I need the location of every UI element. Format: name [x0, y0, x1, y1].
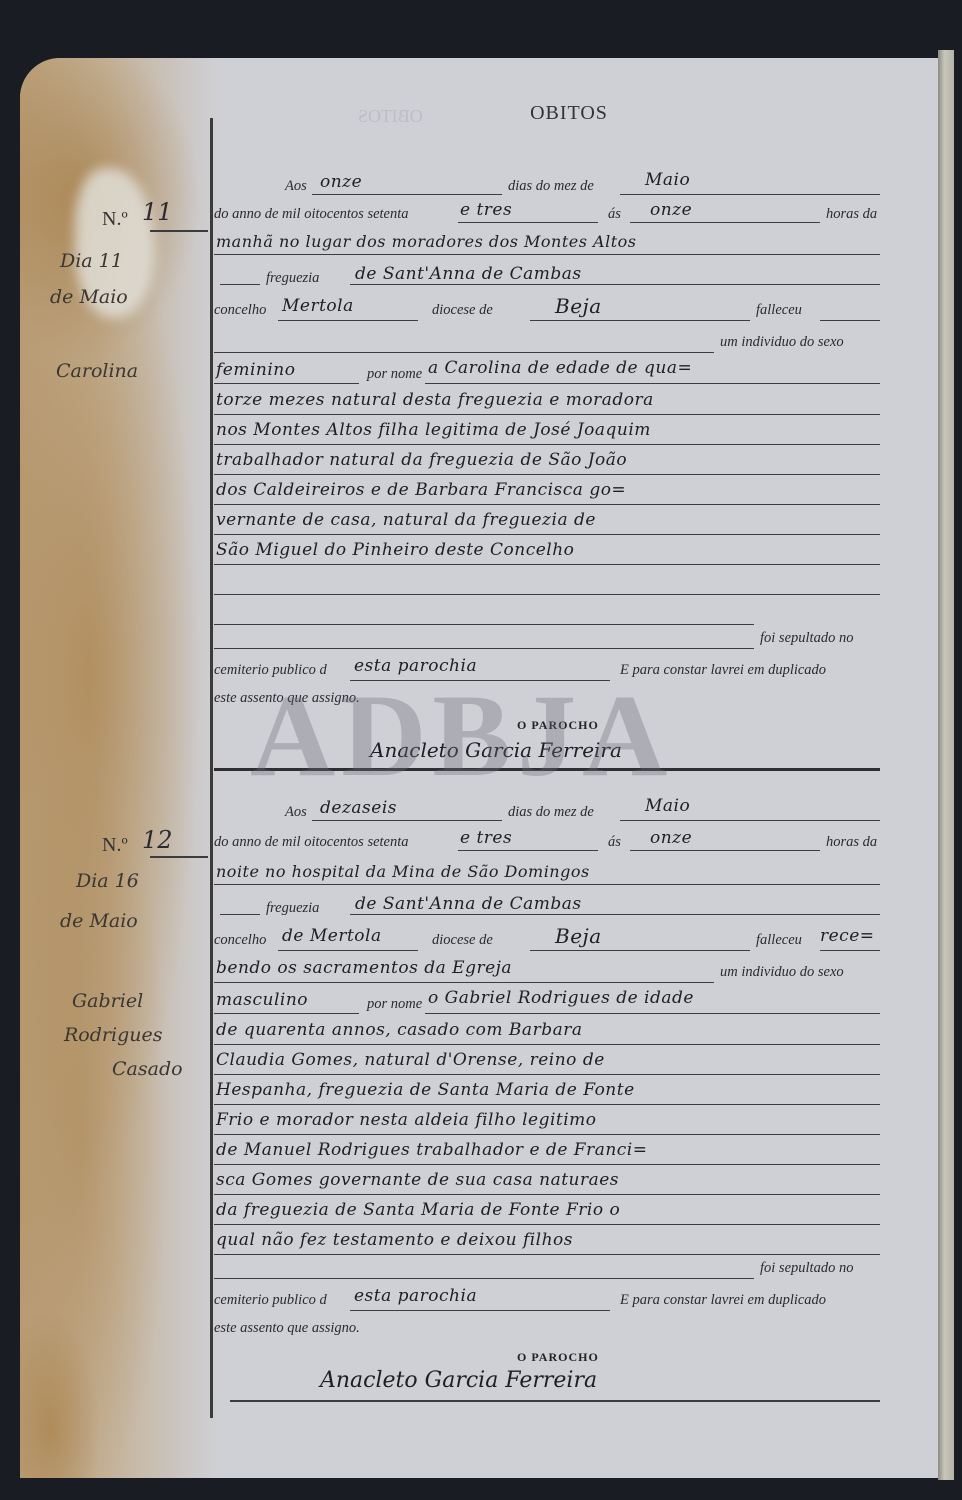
field-periodo: manhã no lugar dos moradores dos Montes … — [216, 232, 637, 251]
label-individuo: um individuo do sexo — [720, 334, 844, 351]
entry-number: 11 — [142, 198, 173, 226]
label-por-nome: por nome — [367, 996, 422, 1013]
field-underline — [820, 320, 880, 321]
field-underline — [350, 914, 880, 915]
field-periodo: noite no hospital da Mina de São Domingo… — [216, 862, 590, 881]
field-underline — [425, 1013, 880, 1014]
field-nome-line-6: de Manuel Rodrigues trabalhador e de Fra… — [216, 1140, 648, 1160]
label-freguezia: freguezia — [266, 900, 319, 917]
field-horas: onze — [650, 828, 692, 848]
label-falleceu: falleceu — [756, 302, 802, 319]
field-underline — [220, 284, 260, 285]
label-aos: Aos — [285, 804, 307, 821]
label-e-para-constar: E para constar lavrei em duplicado — [620, 1292, 826, 1309]
entry-number-label: N.º — [102, 208, 128, 231]
field-nome-line-3: nos Montes Altos filha legitima de José … — [216, 420, 651, 440]
field-nome-line-5: Frio e morador nesta aldeia filho legiti… — [216, 1110, 597, 1130]
field-underline — [425, 383, 880, 384]
label-individuo: um individuo do sexo — [720, 964, 844, 981]
margin-note-day: Dia 16 — [76, 870, 139, 892]
field-underline — [214, 564, 880, 565]
field-cemiterio: esta parochia — [354, 1286, 477, 1306]
field-nome-line-4: trabalhador natural da freguezia de São … — [216, 450, 627, 470]
field-concelho: Mertola — [282, 296, 354, 316]
field-underline — [214, 504, 880, 505]
parocho-signature: Anacleto Garcia Ferreira — [320, 1368, 597, 1393]
margin-note-name: Carolina — [56, 360, 138, 382]
entry-number: 12 — [142, 826, 173, 854]
field-underline — [214, 1074, 880, 1075]
field-nome-line-3: Claudia Gomes, natural d'Orense, reino d… — [216, 1050, 605, 1070]
field-underline — [214, 648, 754, 649]
field-underline — [278, 950, 418, 951]
field-nome-line-1: o Gabriel Rodrigues de idade — [428, 988, 694, 1008]
field-nome-line-6: vernante de casa, natural da freguezia d… — [216, 510, 596, 530]
field-freguezia: de Sant'Anna de Cambas — [355, 264, 582, 284]
field-nome-line-2: de quarenta annos, casado com Barbara — [216, 1020, 582, 1040]
field-underline — [530, 950, 750, 951]
field-underline — [620, 820, 880, 821]
field-nome-line-1: a Carolina de edade de qua= — [428, 358, 692, 378]
field-underline — [530, 320, 750, 321]
field-nome-line-8: da freguezia de Santa Maria de Fonte Fri… — [216, 1200, 620, 1220]
field-anno: e tres — [460, 200, 512, 220]
field-mez: Maio — [645, 170, 690, 190]
margin-note-surname: Rodrigues — [64, 1024, 162, 1046]
label-anno: do anno de mil oitocentos setenta — [214, 834, 409, 851]
field-underline — [620, 194, 880, 195]
signature-rule — [230, 1400, 880, 1402]
field-underline — [214, 1013, 359, 1014]
field-diocese: Beja — [555, 924, 602, 948]
margin-note-day: Dia 11 — [60, 250, 123, 272]
label-aos: Aos — [285, 178, 307, 195]
field-dia: onze — [320, 172, 362, 192]
field-freguezia: de Sant'Anna de Cambas — [355, 894, 582, 914]
field-sexo: feminino — [216, 360, 295, 380]
field-underline — [214, 383, 359, 384]
field-underline — [214, 1044, 880, 1045]
label-diocese: diocese de — [432, 932, 493, 949]
field-nome-line-5: dos Caldeireiros e de Barbara Francisca … — [216, 480, 626, 500]
field-underline — [820, 950, 880, 951]
watermark: ADBJA — [250, 668, 673, 804]
field-underline — [214, 414, 880, 415]
label-dias-do-mez: dias do mez de — [508, 804, 594, 821]
field-underline — [630, 222, 820, 223]
field-underline — [214, 444, 880, 445]
field-underline — [278, 320, 418, 321]
field-nome-line-4: Hespanha, freguezia de Santa Maria de Fo… — [216, 1080, 635, 1100]
field-underline — [214, 1164, 880, 1165]
field-anno: e tres — [460, 828, 512, 848]
label-este-assento: este assento que assigno. — [214, 1320, 360, 1337]
field-nome-line-7: São Miguel do Pinheiro deste Concelho — [216, 540, 574, 560]
field-concelho: de Mertola — [282, 926, 382, 946]
field-underline — [214, 1224, 880, 1225]
label-concelho: concelho — [214, 302, 266, 319]
label-freguezia: freguezia — [266, 270, 319, 287]
label-foi-sepultado: foi sepultado no — [760, 1260, 853, 1277]
field-underline — [214, 1254, 880, 1255]
label-horas-da: horas da — [826, 206, 877, 223]
label-diocese: diocese de — [432, 302, 493, 319]
label-cemiterio: cemiterio publico d — [214, 1292, 327, 1309]
field-underline — [214, 254, 880, 255]
field-underline — [312, 820, 502, 821]
parocho-label: O PAROCHO — [517, 1350, 599, 1365]
field-dia: dezaseis — [320, 798, 397, 818]
label-por-nome: por nome — [367, 366, 422, 383]
label-dias-do-mez: dias do mez de — [508, 178, 594, 195]
field-underline — [220, 914, 260, 915]
field-nome-line-2: torze mezes natural desta freguezia e mo… — [216, 390, 654, 410]
field-underline — [630, 850, 820, 851]
field-underline — [458, 222, 598, 223]
field-nome-line-9: qual não fez testamento e deixou filhos — [216, 1230, 573, 1250]
field-underline — [214, 1278, 754, 1279]
field-underline — [214, 1134, 880, 1135]
entry-number-label: N.º — [102, 834, 128, 857]
label-concelho: concelho — [214, 932, 266, 949]
label-as: ás — [608, 834, 621, 851]
label-anno: do anno de mil oitocentos setenta — [214, 206, 409, 223]
field-underline — [458, 850, 598, 851]
margin-note-status: Casado — [112, 1058, 183, 1080]
field-underline — [350, 1310, 610, 1311]
page-title: OBITOS — [20, 102, 938, 125]
field-underline — [214, 594, 880, 595]
field-underline — [214, 474, 880, 475]
field-falleceu-cont: rece= — [820, 926, 875, 946]
margin-note-month: de Maio — [50, 286, 128, 308]
field-underline — [214, 884, 880, 885]
field-underline — [312, 194, 502, 195]
number-underline — [150, 230, 208, 232]
field-underline — [214, 534, 880, 535]
label-foi-sepultado: foi sepultado no — [760, 630, 853, 647]
field-underline — [350, 284, 880, 285]
field-nome-line-7: sca Gomes governante de sua casa naturae… — [216, 1170, 619, 1190]
label-as: ás — [608, 206, 621, 223]
field-underline — [214, 624, 754, 625]
field-mez: Maio — [645, 796, 690, 816]
field-sexo: masculino — [216, 990, 308, 1010]
field-underline — [214, 352, 714, 353]
margin-note-first-name: Gabriel — [72, 990, 143, 1012]
field-underline — [214, 982, 714, 983]
field-diocese: Beja — [555, 294, 602, 318]
label-horas-da: horas da — [826, 834, 877, 851]
page-edge — [938, 50, 954, 1480]
margin-note-month: de Maio — [60, 910, 138, 932]
field-horas: onze — [650, 200, 692, 220]
field-underline — [214, 1104, 880, 1105]
margin-rule — [210, 118, 213, 1418]
label-falleceu: falleceu — [756, 932, 802, 949]
field-underline — [214, 1194, 880, 1195]
field-falleceu-line-2: bendo os sacramentos da Egreja — [216, 958, 512, 978]
register-page: OBITOS OBITOS N.º 11 Dia 11 de Maio Caro… — [20, 58, 938, 1478]
number-underline — [150, 856, 208, 858]
